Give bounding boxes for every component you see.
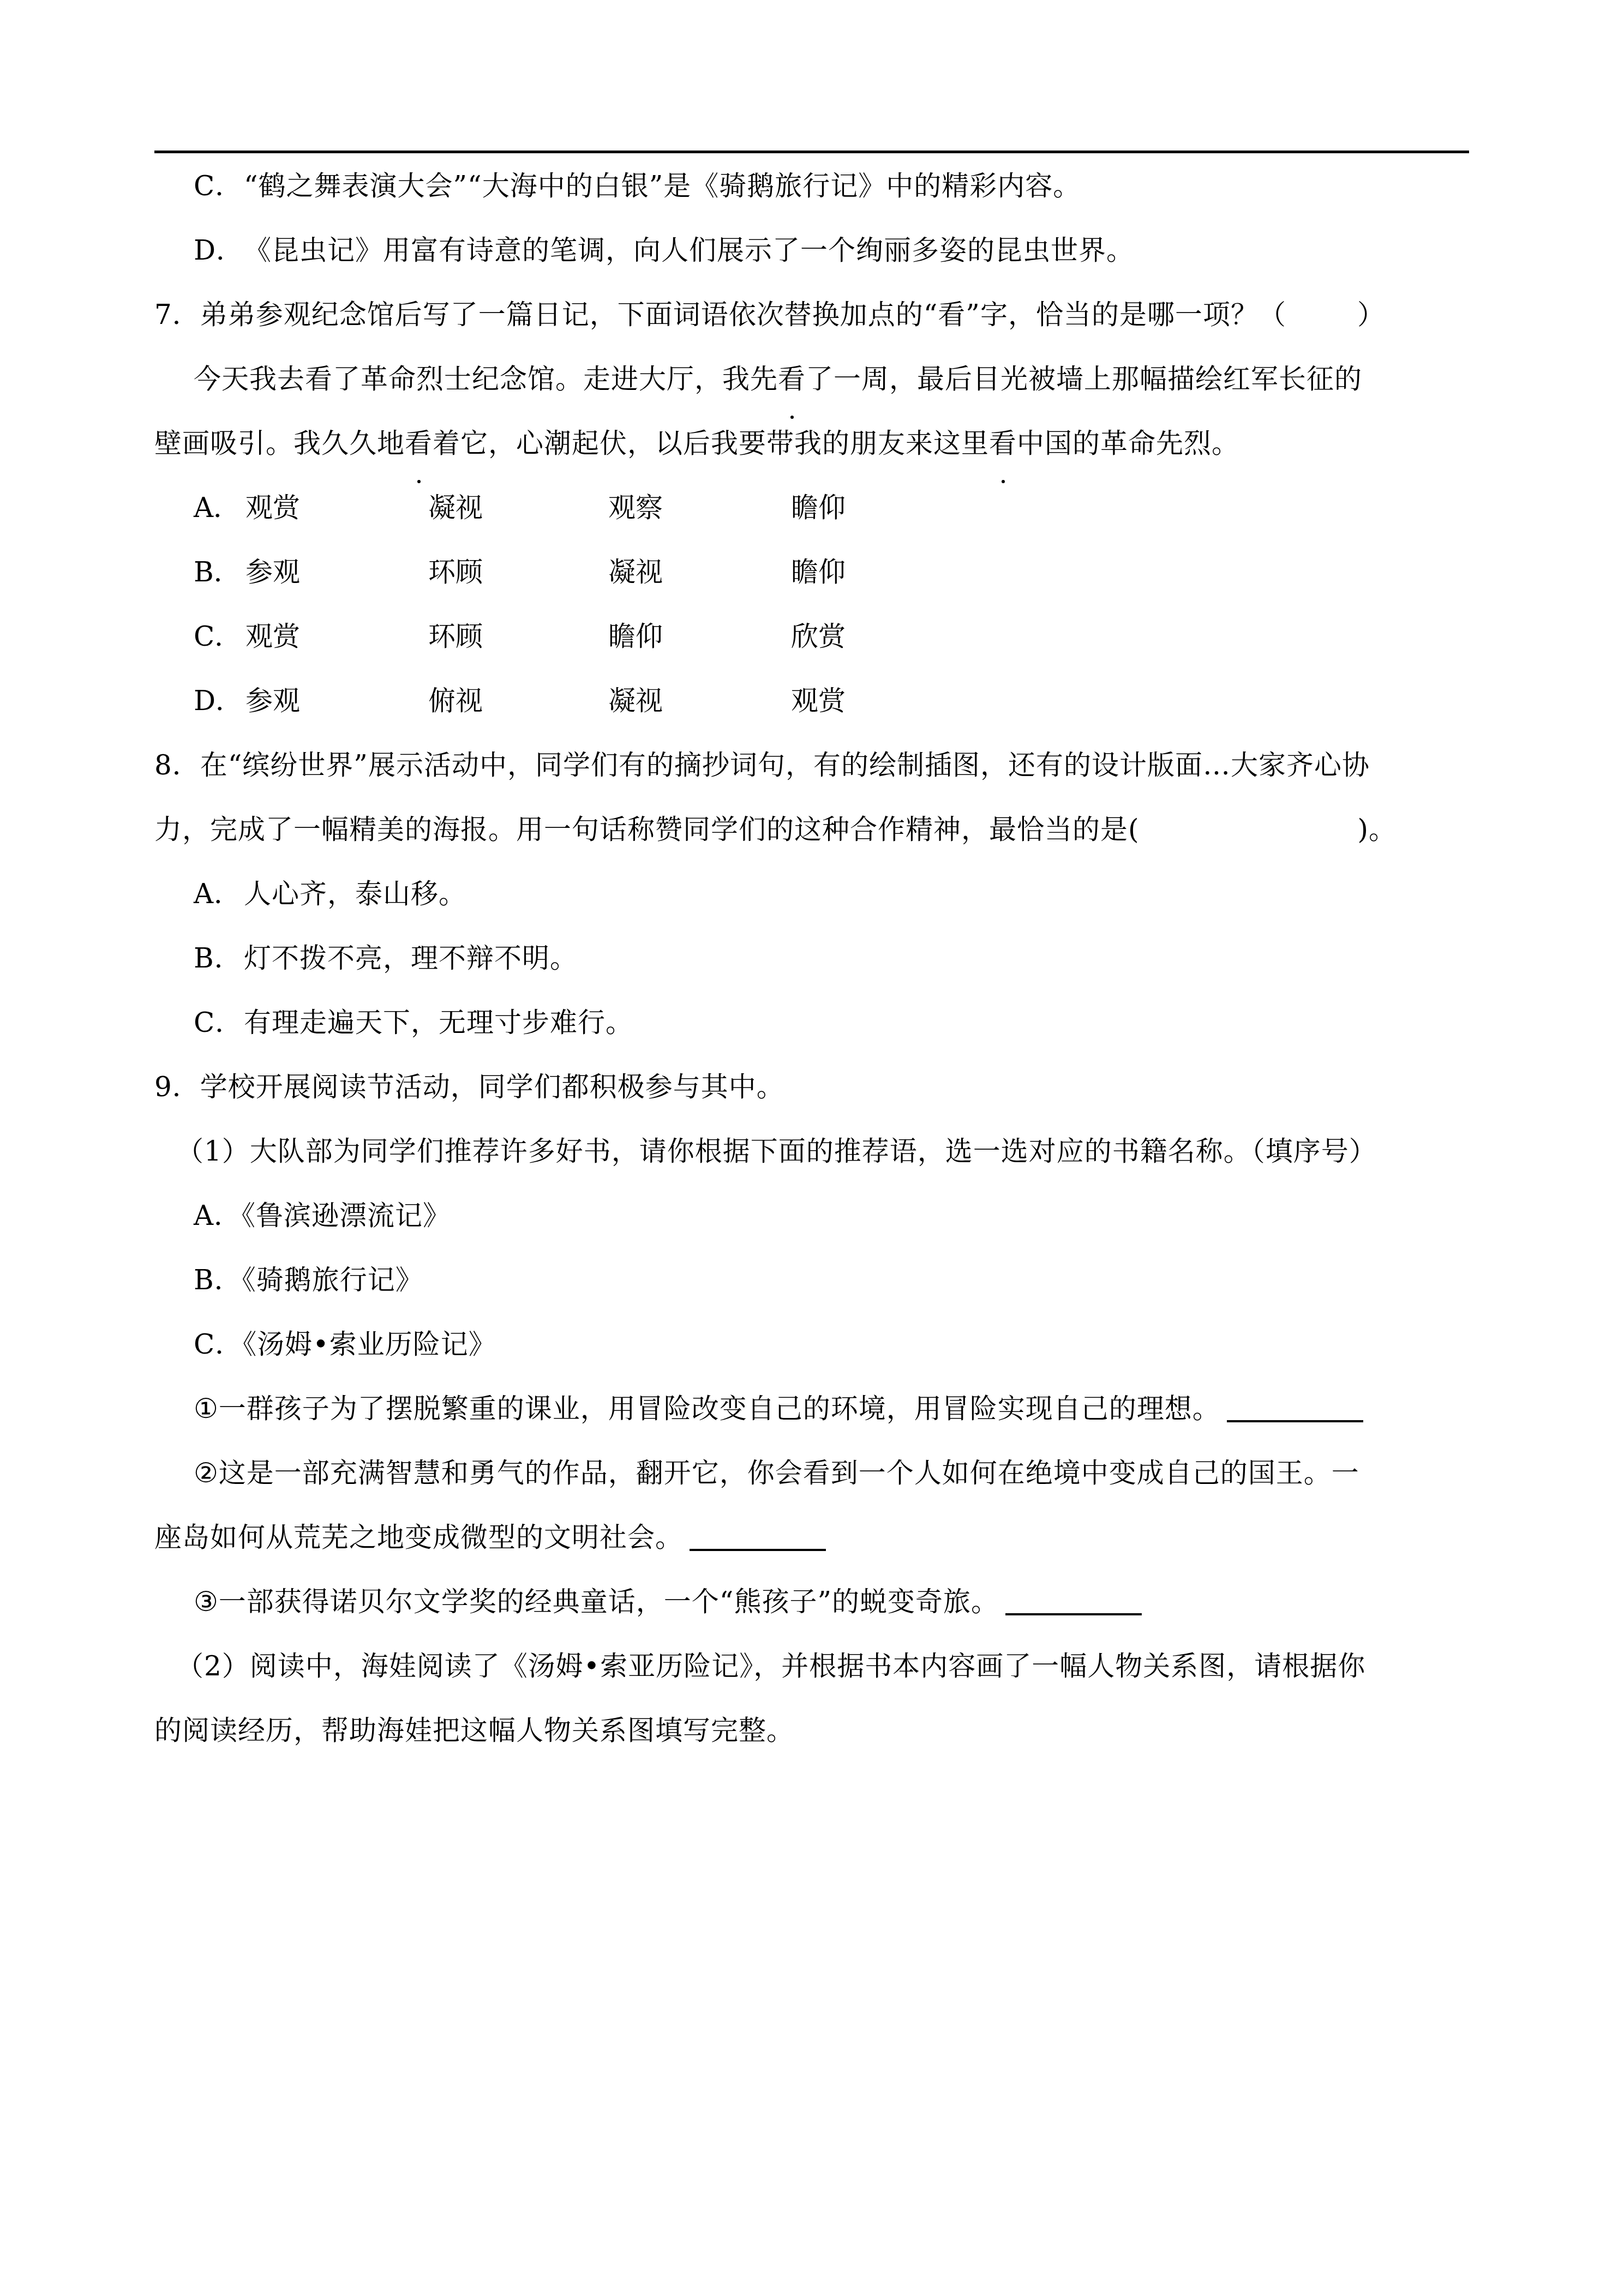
sub-question-text: （1）大队部为同学们推荐许多好书，请你根据下面的推荐语，选一选对应的书籍名称。（… [176, 1135, 1377, 1167]
emphasized-word: 看 [405, 411, 433, 476]
sub-question-text: （2）阅读中，海娃阅读了《汤姆•索亚历险记》，并根据书本内容画了一幅人物关系图，… [176, 1650, 1365, 1682]
option-word: 俯视 [428, 669, 483, 733]
option-label: B． [194, 926, 244, 990]
option-label: B． [194, 1264, 242, 1296]
passage-text: 着它，心潮起伏，以后我要带我的朋友来这里 [433, 428, 989, 459]
item-text: 一群孩子为了摆脱繁重的课业，用冒险改变自己的环境，用冒险实现自己的理想。 [219, 1393, 1220, 1425]
option-text: 有理走遍天下，无理寸步难行。 [244, 1007, 633, 1038]
option-word: 瞻仰 [791, 476, 846, 540]
question-text-close: )。 [1358, 814, 1397, 845]
book-title: 《汤姆•索业历险记》 [243, 1329, 496, 1360]
book-title: 《鲁滨逊漂流记》 [242, 1200, 451, 1231]
option-label: C． [194, 1329, 243, 1360]
q7-option-a[interactable]: A． 观赏 凝视 观察 瞻仰 [154, 476, 1475, 540]
option-word: 欣赏 [791, 604, 846, 669]
q7-stem: 7．弟弟参观纪念馆后写了一篇日记，下面词语依次替换加点的“看”字，恰当的是哪一项… [154, 283, 1475, 347]
emphasized-word: 看 [778, 347, 806, 411]
option-text: 人心齐，泰山移。 [244, 878, 466, 910]
option-word: 环顾 [428, 604, 483, 669]
option-word: 观察 [608, 476, 663, 540]
q9-book-a: A．《鲁滨逊漂流记》 [154, 1183, 1475, 1248]
option-text: “鹤之舞表演大会”“大海中的白银”是《骑鹅旅行记》中的精彩内容。 [244, 170, 1081, 202]
q9-part1-prompt: （1）大队部为同学们推荐许多好书，请你根据下面的推荐语，选一选对应的书籍名称。（… [154, 1119, 1475, 1183]
sub-question-text: 的阅读经历，帮助海娃把这幅人物关系图填写完整。 [154, 1715, 794, 1746]
question-number: 7． [154, 299, 200, 330]
answer-blank[interactable] [690, 1549, 826, 1551]
circled-number-1: ① [194, 1377, 219, 1441]
option-word: 观赏 [245, 476, 300, 540]
item-text: 这是一部充满智慧和勇气的作品，翻开它，你会看到一个人如何在绝境中变成自己的国王。… [219, 1457, 1359, 1489]
item-text: 座岛如何从荒芜之地变成微型的文明社会。 [154, 1522, 683, 1553]
q9-item-1: ①一群孩子为了摆脱繁重的课业，用冒险改变自己的环境，用冒险实现自己的理想。 [154, 1377, 1475, 1441]
option-word: 参观 [245, 669, 300, 733]
circled-number-2: ② [194, 1441, 219, 1505]
emphasized-word: 看 [989, 411, 1017, 476]
q9-item-3: ③一部获得诺贝尔文学奖的经典童话，一个“熊孩子”的蜕变奇旅。 [154, 1570, 1475, 1634]
q8-stem-line1: 8．在“缤纷世界”展示活动中，同学们有的摘抄词句，有的绘制插图，还有的设计版面…… [154, 733, 1475, 797]
q8-stem-line2: 力，完成了一幅精美的海报。用一句话称赞同学们的这种合作精神，最恰当的是()。 [154, 797, 1475, 862]
q9-item-2-line1: ②这是一部充满智慧和勇气的作品，翻开它，你会看到一个人如何在绝境中变成自己的国王… [154, 1441, 1475, 1505]
option-word: 凝视 [608, 540, 663, 604]
option-word: 瞻仰 [608, 604, 663, 669]
passage-text: 今天我去看了革命烈士纪念馆。走进大厅，我先 [194, 363, 778, 395]
q7-option-d[interactable]: D． 参观 俯视 凝视 观赏 [154, 669, 1475, 733]
passage-text: 壁画吸引。我久久地 [154, 428, 405, 459]
header-rule [154, 151, 1469, 153]
document-body: C．“鹤之舞表演大会”“大海中的白银”是《骑鹅旅行记》中的精彩内容。 D．《昆虫… [154, 154, 1475, 1763]
answer-blank[interactable] [1227, 1420, 1363, 1422]
answer-blank[interactable] [1005, 1613, 1142, 1615]
option-word: 凝视 [428, 476, 483, 540]
question-text: 在“缤纷世界”展示活动中，同学们有的摘抄词句，有的绘制插图，还有的设计版面…大家… [200, 749, 1370, 781]
q7-option-c[interactable]: C． 观赏 环顾 瞻仰 欣赏 [154, 604, 1475, 669]
option-text: 《昆虫记》用富有诗意的笔调，向人们展示了一个绚丽多姿的昆虫世界。 [244, 235, 1134, 266]
q8-option-a[interactable]: A．人心齐，泰山移。 [154, 862, 1475, 926]
option-label: A． [194, 1200, 242, 1231]
option-text: 灯不拨不亮，理不辩不明。 [244, 942, 578, 974]
q7-passage-line2: 壁画吸引。我久久地看着它，心潮起伏，以后我要带我的朋友来这里看中国的革命先烈。 [154, 411, 1475, 476]
option-word: 凝视 [608, 669, 663, 733]
option-word: 参观 [245, 540, 300, 604]
q9-part2-line2: 的阅读经历，帮助海娃把这幅人物关系图填写完整。 [154, 1698, 1475, 1763]
q9-stem: 9．学校开展阅读节活动，同学们都积极参与其中。 [154, 1055, 1475, 1119]
option-label: A． [194, 862, 244, 926]
question-text: 力，完成了一幅精美的海报。用一句话称赞同学们的这种合作精神，最恰当的是( [154, 814, 1140, 845]
option-label: D． [194, 218, 244, 283]
circled-number-3: ③ [194, 1570, 219, 1634]
option-label: A． [194, 476, 241, 540]
question-text: 弟弟参观纪念馆后写了一篇日记，下面词语依次替换加点的“看”字，恰当的是哪一项？（ [200, 299, 1286, 330]
q9-item-2-line2: 座岛如何从荒芜之地变成微型的文明社会。 [154, 1505, 1475, 1570]
option-label: C． [194, 604, 242, 669]
option-label: C． [194, 154, 244, 218]
q6-option-d: D．《昆虫记》用富有诗意的笔调，向人们展示了一个绚丽多姿的昆虫世界。 [154, 218, 1475, 283]
q7-passage-line1: 今天我去看了革命烈士纪念馆。走进大厅，我先看了一周，最后目光被墙上那幅描绘红军长… [154, 347, 1475, 411]
q8-option-c[interactable]: C．有理走遍天下，无理寸步难行。 [154, 990, 1475, 1055]
option-label: B． [194, 540, 241, 604]
question-text: 学校开展阅读节活动，同学们都积极参与其中。 [200, 1071, 784, 1103]
book-title: 《骑鹅旅行记》 [242, 1264, 423, 1296]
item-text: 一部获得诺贝尔文学奖的经典童话，一个“熊孩子”的蜕变奇旅。 [219, 1586, 999, 1618]
question-number: 8． [154, 749, 200, 781]
q9-book-b: B．《骑鹅旅行记》 [154, 1248, 1475, 1312]
option-label: D． [194, 669, 243, 733]
option-word: 环顾 [428, 540, 483, 604]
passage-text: 了一周，最后目光被墙上那幅描绘红军长征的 [806, 363, 1362, 395]
q9-book-c: C．《汤姆•索业历险记》 [154, 1312, 1475, 1377]
q8-option-b[interactable]: B．灯不拨不亮，理不辩不明。 [154, 926, 1475, 990]
option-word: 观赏 [245, 604, 300, 669]
option-label: C． [194, 990, 244, 1055]
q7-option-b[interactable]: B． 参观 环顾 凝视 瞻仰 [154, 540, 1475, 604]
question-number: 9． [154, 1071, 200, 1103]
option-word: 瞻仰 [791, 540, 846, 604]
question-text-close: ） [1357, 299, 1385, 330]
option-word: 观赏 [791, 669, 846, 733]
passage-text: 中国的革命先烈。 [1017, 428, 1239, 459]
q9-part2-line1: （2）阅读中，海娃阅读了《汤姆•索亚历险记》，并根据书本内容画了一幅人物关系图，… [154, 1634, 1475, 1698]
q6-option-c: C．“鹤之舞表演大会”“大海中的白银”是《骑鹅旅行记》中的精彩内容。 [154, 154, 1475, 218]
